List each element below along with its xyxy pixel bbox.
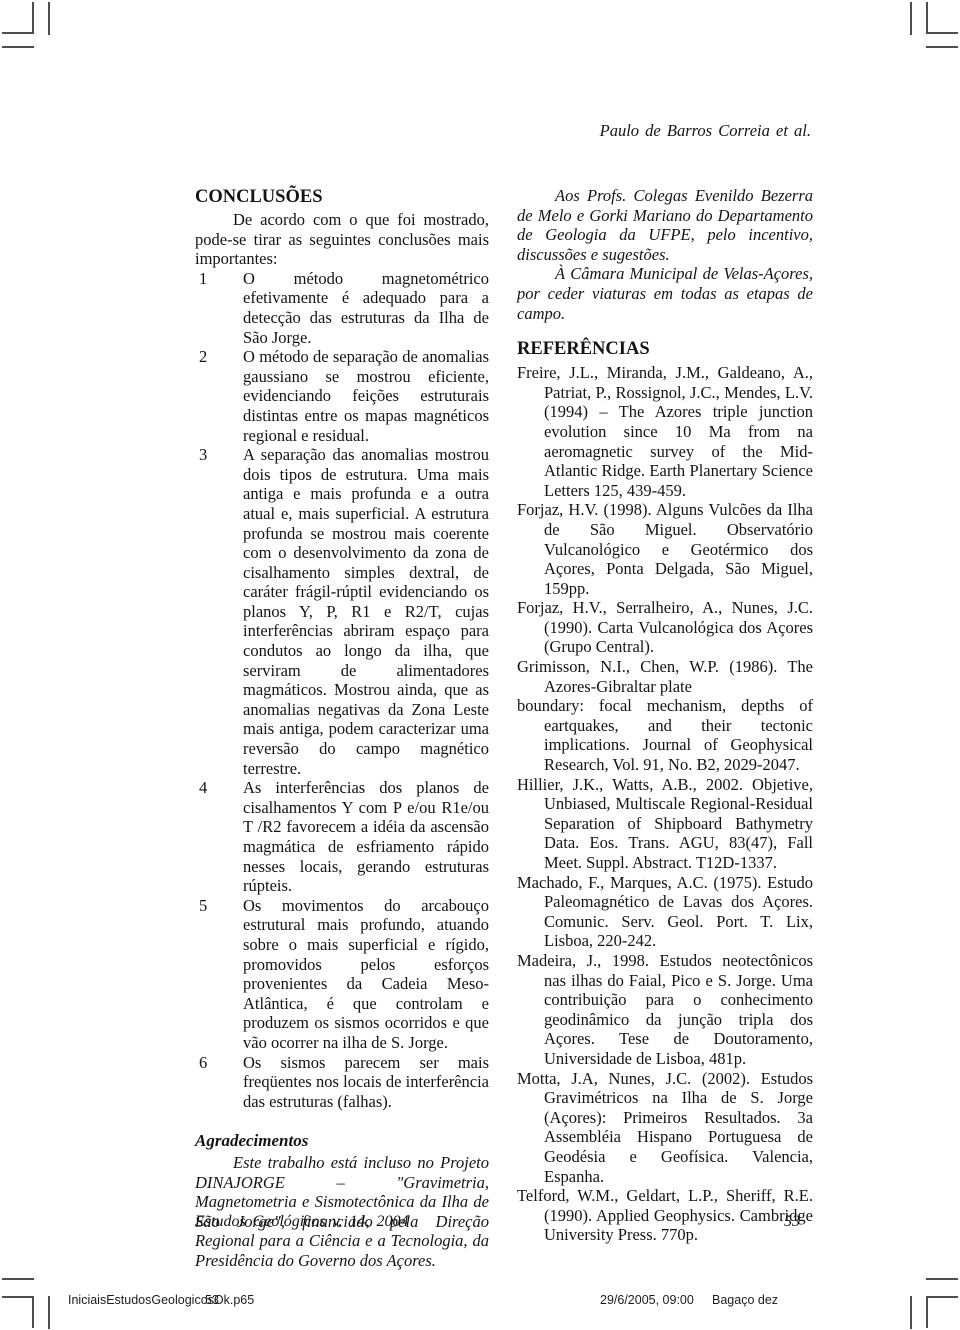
- conclusion-item: 5 Os movimentos do arcabouço estrutural …: [195, 896, 489, 1053]
- conclusion-item-number: 2: [195, 347, 243, 445]
- right-column: Aos Profs. Colegas Evenildo Bezerra de M…: [517, 186, 813, 1245]
- conclusion-item-number: 6: [195, 1053, 243, 1112]
- conclusion-item-number: 3: [195, 445, 243, 778]
- conclusions-heading: CONCLUSÕES: [195, 186, 489, 208]
- acknowledgements-text: Este trabalho está incluso no Projeto DI…: [195, 1153, 489, 1271]
- conclusion-item-number: 1: [195, 269, 243, 347]
- running-head-author: Paulo de Barros Correia et al.: [517, 121, 811, 141]
- reference-entry: Grimisson, N.I., Chen, W.P. (1986). The …: [517, 657, 813, 696]
- reference-entry: Hillier, J.K., Watts, A.B., 2002. Objeti…: [517, 775, 813, 873]
- conclusion-item: 1 O método magnetométrico efetivamente é…: [195, 269, 489, 347]
- reference-entry: Madeira, J., 1998. Estudos neotectônicos…: [517, 951, 813, 1069]
- reference-entry: Machado, F., Marques, A.C. (1975). Estud…: [517, 873, 813, 951]
- reference-entry: Motta, J.A, Nunes, J.C. (2002). Estudos …: [517, 1069, 813, 1187]
- status-datetime: 29/6/2005, 09:00: [600, 1293, 694, 1307]
- conclusion-item-text: O método magnetométrico efetivamente é a…: [243, 269, 489, 347]
- conclusion-item-text: O método de separação de anomalias gauss…: [243, 347, 489, 445]
- reference-entry: Forjaz, H.V. (1998). Alguns Vulcões da I…: [517, 500, 813, 598]
- status-note: Bagaço dez: [712, 1293, 778, 1307]
- references-heading: REFERÊNCIAS: [517, 338, 813, 360]
- thanks-paragraph: À Câmara Municipal de Velas-Açores, por …: [517, 264, 813, 323]
- acknowledgements-heading: Agradecimentos: [195, 1131, 489, 1151]
- conclusion-item: 3 A separação das anomalias mostrou dois…: [195, 445, 489, 778]
- conclusion-item-text: Os sismos parecem ser mais freqüentes no…: [243, 1053, 489, 1112]
- reference-entry: Forjaz, H.V., Serralheiro, A., Nunes, J.…: [517, 598, 813, 657]
- status-page-number: 53: [205, 1293, 219, 1307]
- conclusion-item-text: Os movimentos do arcabouço estrutural ma…: [243, 896, 489, 1053]
- conclusion-item-text: As interferências dos planos de cisalham…: [243, 778, 489, 896]
- conclusion-item-number: 4: [195, 778, 243, 896]
- conclusions-intro: De acordo com o que foi mostrado, pode-s…: [195, 210, 489, 269]
- conclusion-item: 6 Os sismos parecem ser mais freqüentes …: [195, 1053, 489, 1112]
- footer-journal: Estudos Geológicos v. 14, 2004: [195, 1213, 408, 1231]
- status-filename: IniciaisEstudosGeologicosOk.p65: [68, 1293, 254, 1307]
- conclusion-item: 4 As interferências dos planos de cisalh…: [195, 778, 489, 896]
- conclusion-item: 2 O método de separação de anomalias gau…: [195, 347, 489, 445]
- conclusion-item-number: 5: [195, 896, 243, 1053]
- page: Paulo de Barros Correia et al. CONCLUSÕE…: [0, 0, 960, 1330]
- conclusion-item-text: A separação das anomalias mostrou dois t…: [243, 445, 489, 778]
- reference-entry: Freire, J.L., Miranda, J.M., Galdeano, A…: [517, 363, 813, 500]
- left-column: CONCLUSÕES De acordo com o que foi mostr…: [195, 186, 489, 1270]
- footer-page-number: 53: [784, 1213, 800, 1231]
- reference-entry: Telford, W.M., Geldart, L.P., Sheriff, R…: [517, 1186, 813, 1245]
- reference-entry: boundary: focal mechanism, depths of ear…: [517, 696, 813, 774]
- thanks-paragraph: Aos Profs. Colegas Evenildo Bezerra de M…: [517, 186, 813, 264]
